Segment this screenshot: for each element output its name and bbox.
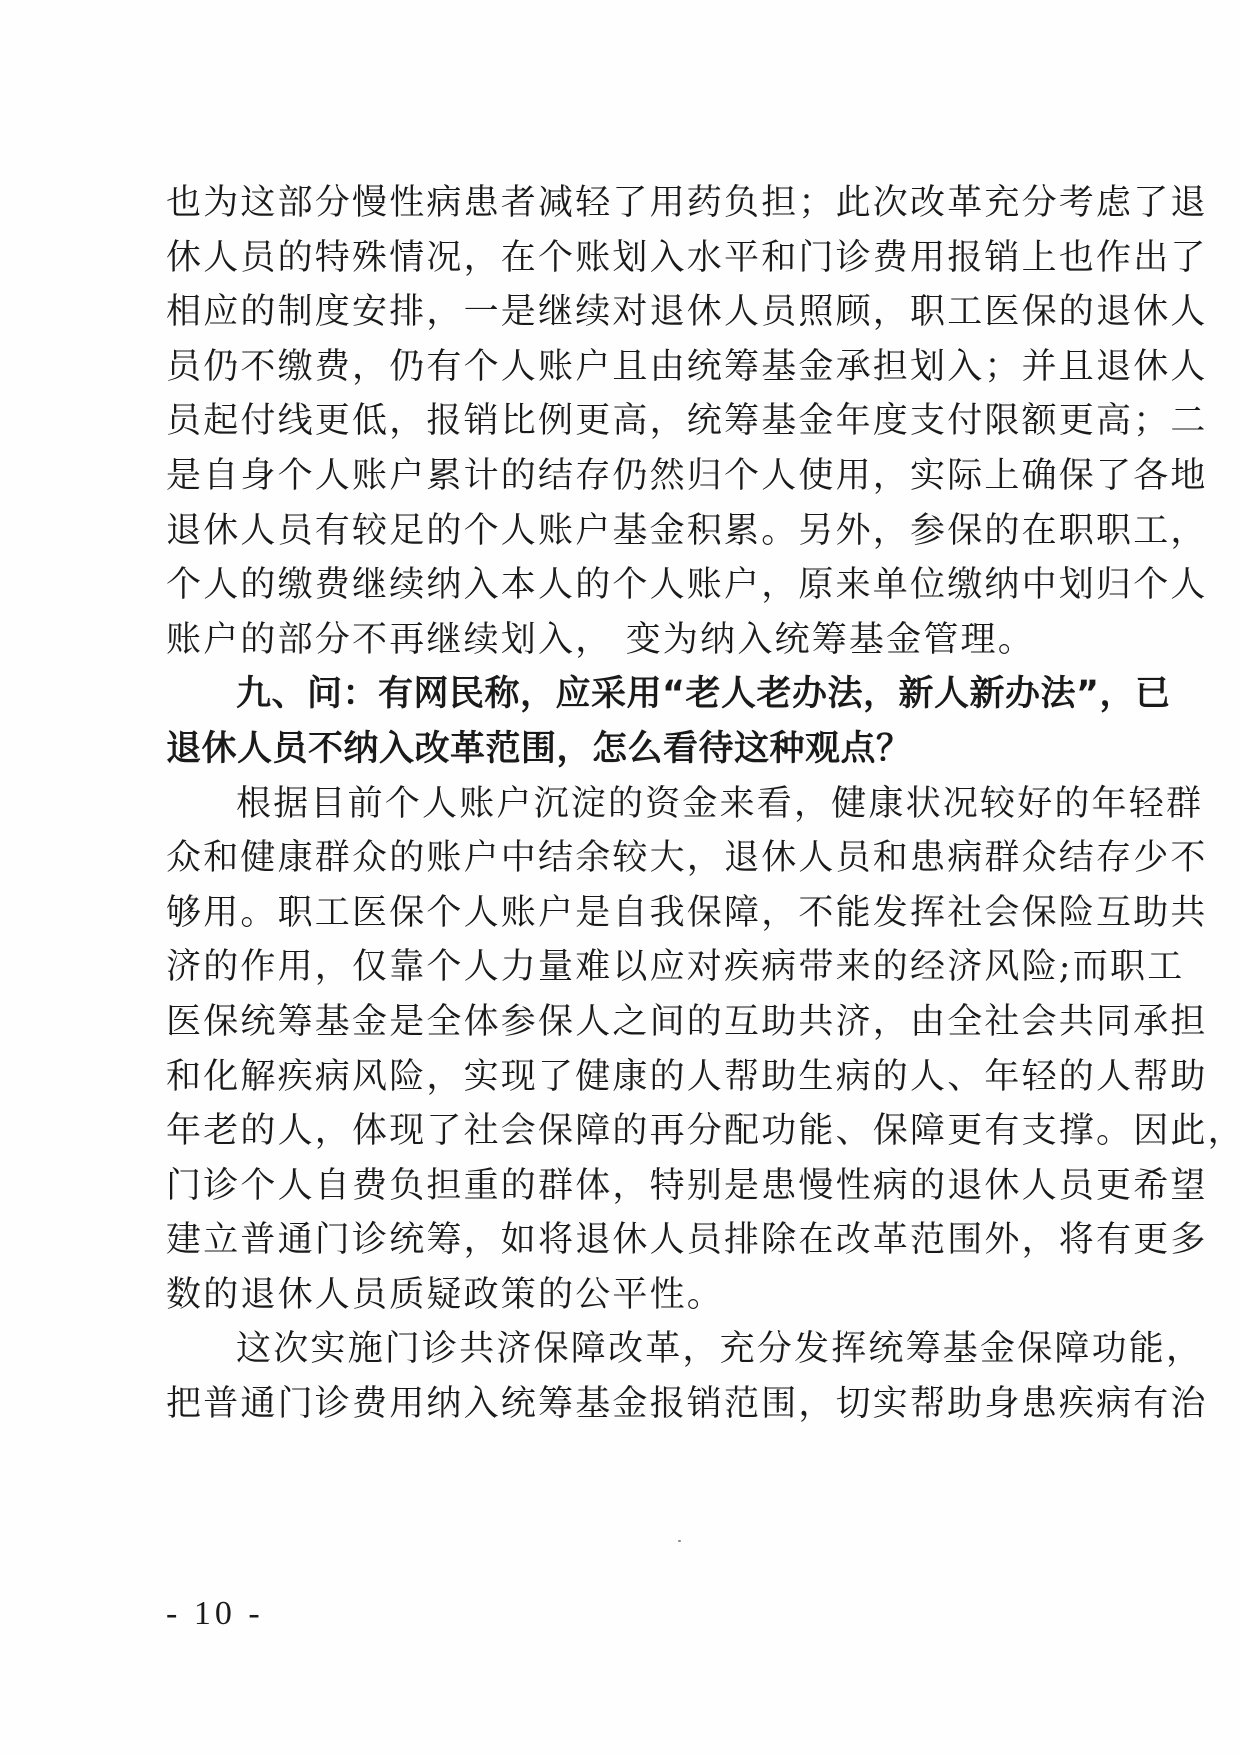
text-line: 和化解疾病风险，实现了健康的人帮助生病的人、年轻的人帮助 bbox=[166, 1050, 1086, 1105]
text-line: 员仍不缴费，仍有个人账户且由统筹基金承担划入；并且退休人 bbox=[166, 340, 1086, 395]
text-line: 年老的人，体现了社会保障的再分配功能、保障更有支撑。因此， bbox=[166, 1104, 1086, 1159]
text-line: 账户的部分不再继续划入， 变为纳入统筹基金管理。 bbox=[166, 613, 1086, 668]
text-line: 休人员的特殊情况，在个账划入水平和门诊费用报销上也作出了 bbox=[166, 231, 1086, 286]
text-line: 这次实施门诊共济保障改革，充分发挥统筹基金保障功能， bbox=[166, 1322, 1086, 1377]
text-line: 员起付线更低，报销比例更高，统筹基金年度支付限额更高；二 bbox=[166, 394, 1086, 449]
heading-line: 九、问：有网民称，应采用“老人老办法，新人新办法”，已 bbox=[166, 667, 1086, 722]
answer-paragraph: 这次实施门诊共济保障改革，充分发挥统筹基金保障功能， 把普通门诊费用纳入统筹基金… bbox=[166, 1322, 1086, 1431]
text-line: 数的退休人员质疑政策的公平性。 bbox=[166, 1268, 1086, 1323]
text-line: 个人的缴费继续纳入本人的个人账户，原来单位缴纳中划归个人 bbox=[166, 558, 1086, 613]
text-line: 退休人员有较足的个人账户基金积累。另外，参保的在职职工， bbox=[166, 504, 1086, 559]
text-line: 相应的制度安排，一是继续对退休人员照顾，职工医保的退休人 bbox=[166, 285, 1086, 340]
text-line: 医保统筹基金是全体参保人之间的互助共济，由全社会共同承担 bbox=[166, 995, 1086, 1050]
text-line: 门诊个人自费负担重的群体，特别是患慢性病的退休人员更希望 bbox=[166, 1159, 1086, 1214]
question-heading: 九、问：有网民称，应采用“老人老办法，新人新办法”，已 退休人员不纳入改革范围，… bbox=[166, 667, 1086, 776]
text-line: 把普通门诊费用纳入统筹基金报销范围，切实帮助身患疾病有治 bbox=[166, 1377, 1086, 1432]
text-line: 众和健康群众的账户中结余较大，退休人员和患病群众结存少不 bbox=[166, 831, 1086, 886]
text-line: 也为这部分慢性病患者减轻了用药负担；此次改革充分考虑了退 bbox=[166, 176, 1086, 231]
text-line: 建立普通门诊统筹，如将退休人员排除在改革范围外，将有更多 bbox=[166, 1213, 1086, 1268]
answer-paragraph: 根据目前个人账户沉淀的资金来看，健康状况较好的年轻群 众和健康群众的账户中结余较… bbox=[166, 777, 1086, 1323]
document-body: 也为这部分慢性病患者减轻了用药负担；此次改革充分考虑了退 休人员的特殊情况，在个… bbox=[166, 176, 1086, 1432]
document-page: 也为这部分慢性病患者减轻了用药负担；此次改革充分考虑了退 休人员的特殊情况，在个… bbox=[0, 0, 1241, 1755]
text-line: 根据目前个人账户沉淀的资金来看，健康状况较好的年轻群 bbox=[166, 777, 1086, 832]
heading-line: 退休人员不纳入改革范围，怎么看待这种观点？ bbox=[166, 722, 1086, 777]
text-line: 是自身个人账户累计的结存仍然归个人使用，实际上确保了各地 bbox=[166, 449, 1086, 504]
paragraph-continuation: 也为这部分慢性病患者减轻了用药负担；此次改革充分考虑了退 休人员的特殊情况，在个… bbox=[166, 176, 1086, 667]
text-line: 够用。职工医保个人账户是自我保障，不能发挥社会保险互助共 bbox=[166, 886, 1086, 941]
text-line: 济的作用，仅靠个人力量难以应对疾病带来的经济风险;而职工 bbox=[166, 940, 1086, 995]
scan-artifact bbox=[678, 1540, 681, 1542]
page-number: - 10 - bbox=[166, 1595, 264, 1633]
